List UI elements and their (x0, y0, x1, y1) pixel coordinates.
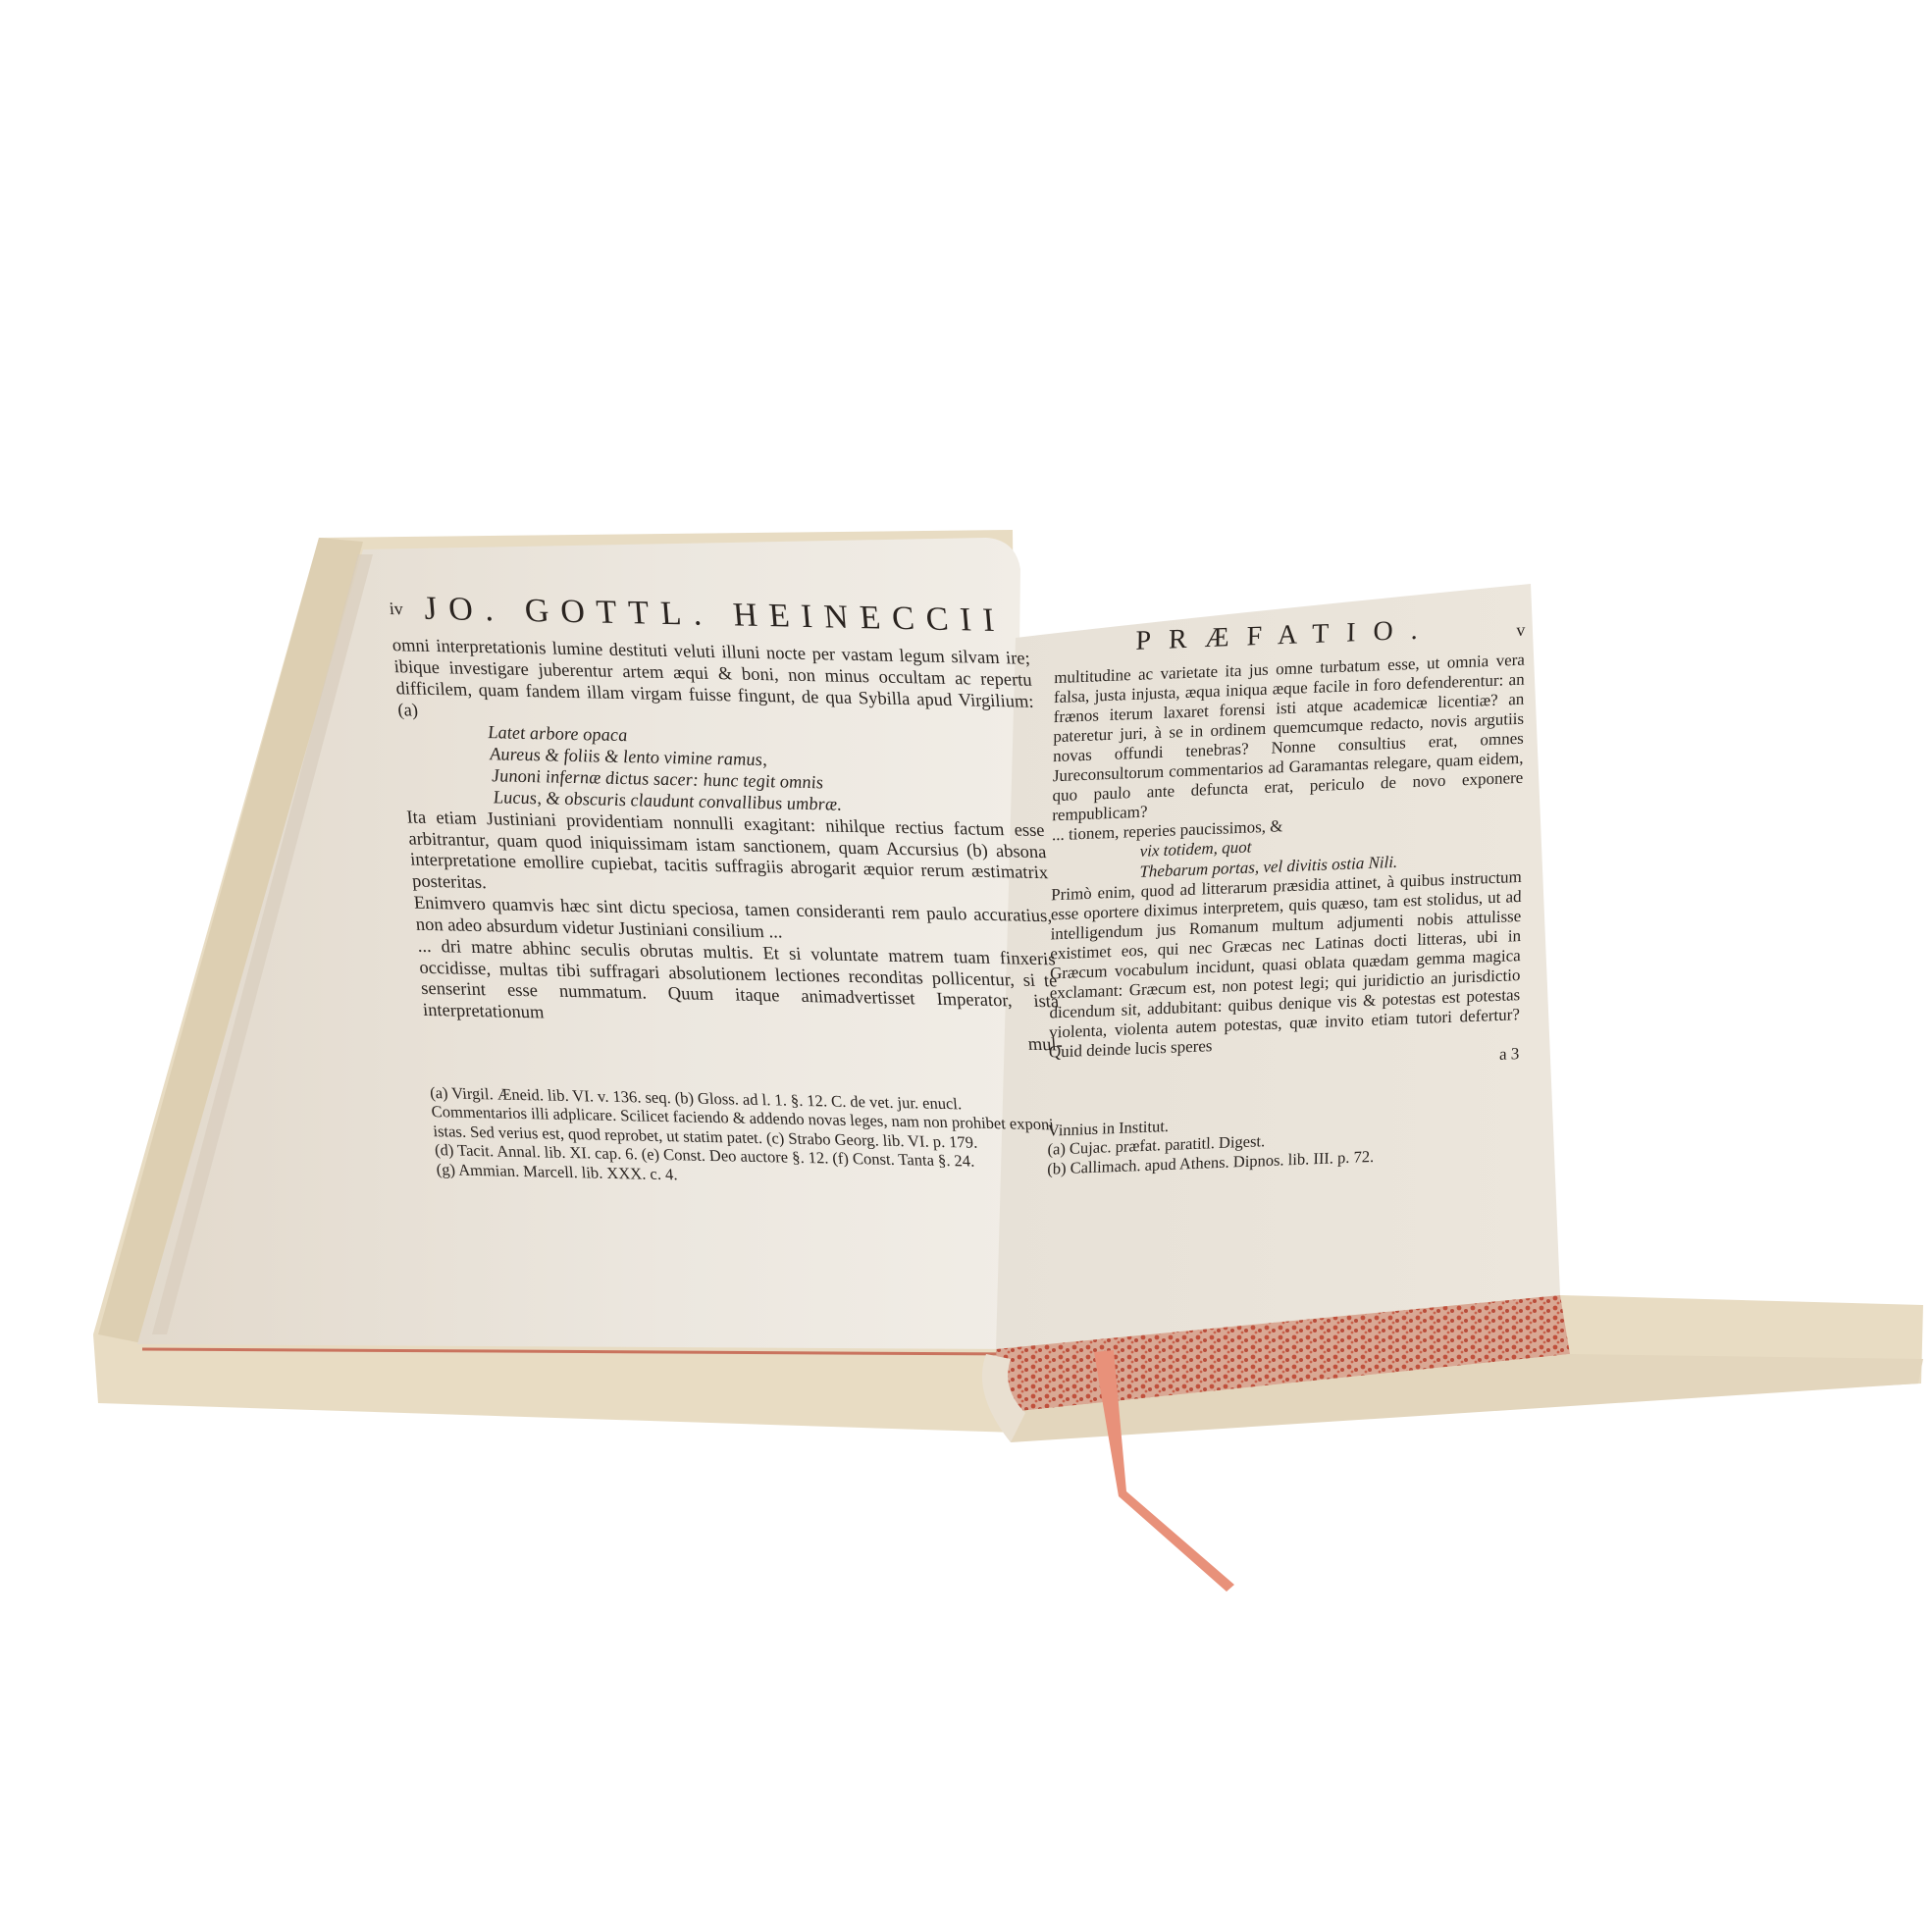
paragraph: multitudine ac varietate ita jus omne tu… (1052, 651, 1525, 826)
paragraph: Primò enim, quod ad litterarum præsidia … (1049, 866, 1522, 1062)
paragraph: Ita etiam Justiniani providentiam nonnul… (406, 808, 1051, 907)
folio-left: iv (389, 599, 404, 620)
book-photo: iv JO. GOTTL. HEINECCII omni interpretat… (0, 0, 1932, 1932)
left-page-text: iv JO. GOTTL. HEINECCII omni interpretat… (388, 589, 1074, 1192)
paragraph: ... dri matre abhinc seculis obrutas mul… (417, 936, 1062, 1035)
paragraph: omni interpretationis lumine destituti v… (392, 636, 1036, 735)
folio-right: v (1516, 620, 1525, 642)
footnotes-left: (a) Virgil. Æneid. lib. VI. v. 136. seq.… (429, 1083, 1074, 1192)
right-page-text: v PRÆFATIO. multitudine ac varietate ita… (1047, 610, 1525, 1179)
